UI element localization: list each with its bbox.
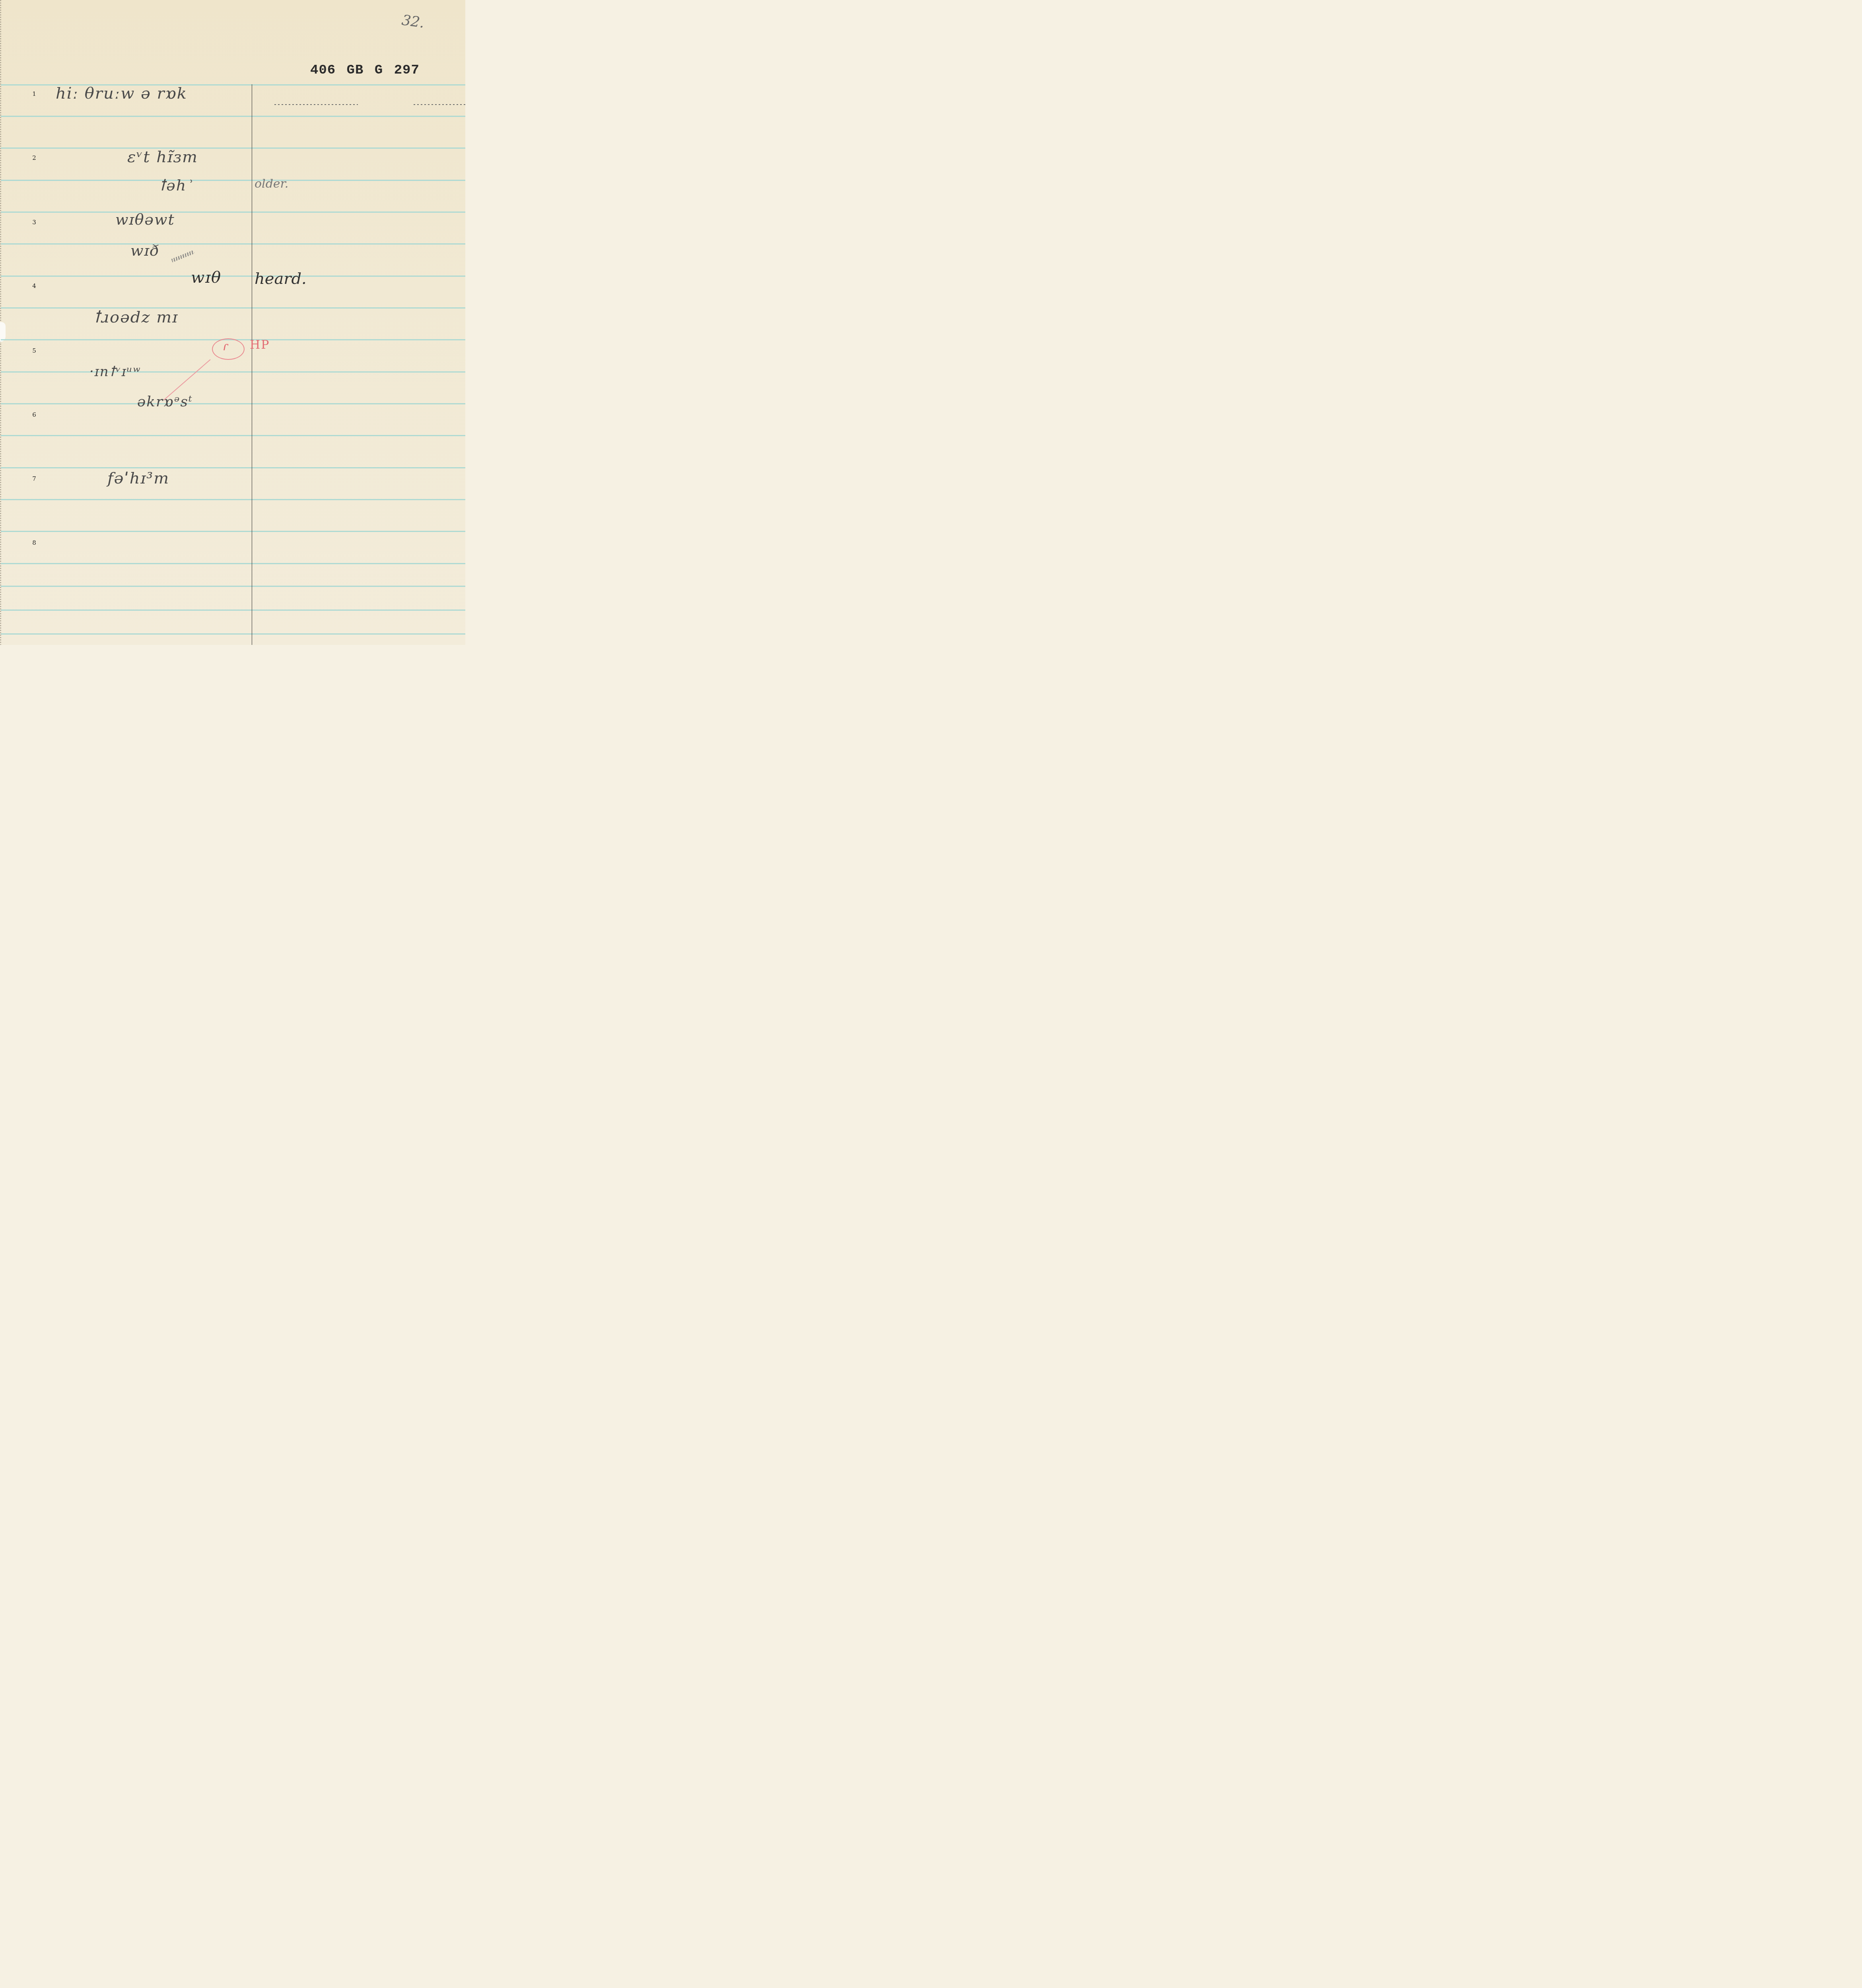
ruled-line bbox=[1, 467, 465, 468]
red-circled-symbol: ɾ bbox=[223, 340, 229, 353]
ruled-line bbox=[1, 276, 465, 277]
line-number: 4 bbox=[29, 282, 39, 289]
dashed-mark bbox=[414, 104, 465, 105]
transcription-line-1: hiː θruːw ə rɒk bbox=[56, 84, 187, 103]
ruled-line bbox=[1, 610, 465, 611]
transcription-line-3b: wɪð bbox=[130, 242, 160, 259]
dashed-mark bbox=[274, 104, 358, 105]
ruled-line bbox=[1, 403, 465, 404]
ruled-line bbox=[1, 212, 465, 213]
ruled-line bbox=[1, 148, 465, 149]
transcription-line-5: ·ɪnꝉᵛɪᵘʷ bbox=[89, 364, 141, 380]
ruled-line bbox=[1, 499, 465, 500]
ruled-line bbox=[1, 531, 465, 532]
line-number: 8 bbox=[29, 539, 39, 546]
ruled-line bbox=[1, 180, 465, 181]
ruled-line bbox=[1, 307, 465, 309]
ruled-line bbox=[1, 371, 465, 373]
line-number: 5 bbox=[29, 347, 39, 354]
transcription-line-4b: ꝉɹoədz mɪ bbox=[93, 308, 178, 326]
lined-paper-sheet: 32. 406 GB G 297 1 2 3 4 5 6 7 8 hiː θru… bbox=[0, 0, 465, 645]
transcription-line-2b: ꝉəh ͗͗ bbox=[159, 177, 191, 194]
ruled-line bbox=[1, 563, 465, 564]
transcription-line-7: fəˈhɪ³m bbox=[107, 469, 169, 487]
ruled-line bbox=[1, 586, 465, 587]
transcription-line-2: ɛᵛt hɪ̃ɜm bbox=[127, 148, 198, 166]
column-divider bbox=[252, 84, 252, 645]
line-number: 3 bbox=[29, 219, 39, 226]
line-number: 1 bbox=[29, 90, 39, 97]
red-note: HP bbox=[250, 338, 270, 352]
transcription-line-4: wɪθ bbox=[191, 268, 222, 287]
transcription-line-6: əkrɒᵊsᵗ bbox=[137, 394, 193, 410]
line-number: 6 bbox=[29, 411, 39, 418]
ruled-line bbox=[1, 243, 465, 245]
handwritten-page-number: 32. bbox=[400, 12, 425, 31]
catalog-code: 406 GB G 297 bbox=[310, 63, 420, 78]
transcription-line-3: wɪθəwt bbox=[115, 211, 175, 228]
gloss-heard: heard. bbox=[255, 270, 307, 288]
crossed-out-mark bbox=[171, 250, 194, 262]
ruled-line bbox=[1, 116, 465, 117]
gloss-older: older. bbox=[255, 177, 288, 191]
ruled-line bbox=[1, 633, 465, 635]
line-number: 7 bbox=[29, 475, 39, 482]
line-number: 2 bbox=[29, 154, 39, 161]
ruled-line bbox=[1, 435, 465, 436]
